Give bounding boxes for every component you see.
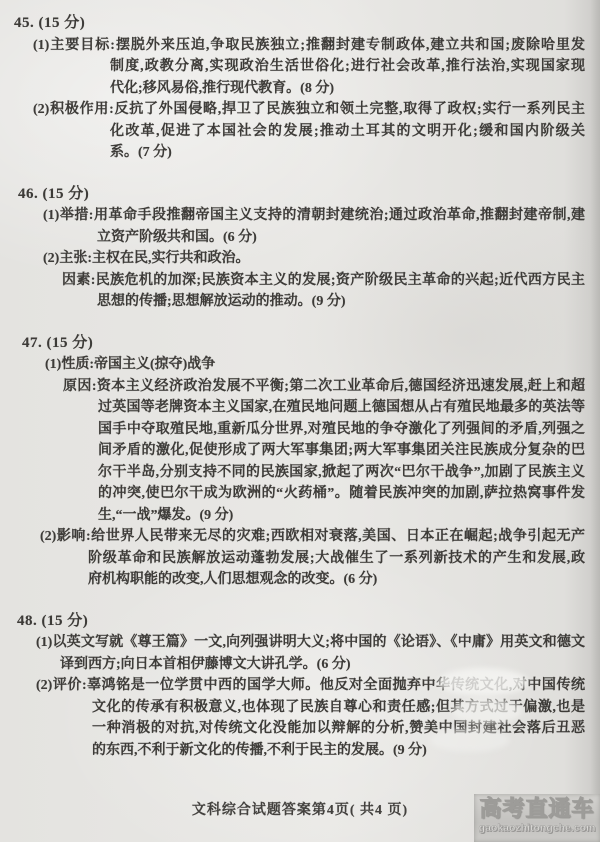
answer-line: 的东西,不利于新文化的传播,不利于民主的发展。(9 分) [0, 740, 585, 762]
answer-line: 译到西方;向日本首相伊藤博文大讲孔学。(6 分) [0, 654, 585, 676]
answer-line: 文化的传承有积极意义,也体现了民族自尊心和责任感;但其方式过于偏激,也是 [0, 697, 585, 719]
answer-line: (1)主要目标:摆脱外来压迫,争取民族独立;推翻封建专制政体,建立共和国;废除哈… [0, 35, 585, 57]
section-header: 48. (15 分) [0, 611, 585, 633]
answer-line: (2)主张:主权在民,实行共和政治。 [0, 248, 585, 270]
answer-line: 生,“一战”爆发。(9 分) [0, 505, 585, 527]
answer-line: 因素:民族危机的加深;民族资本主义的发展;资产阶级民主革命的兴起;近代西方民主 [0, 270, 585, 292]
scan-edge-shadow [590, 0, 600, 842]
answer-content: 45. (15 分)(1)主要目标:摆脱外来压迫,争取民族独立;推翻封建专制政体… [0, 13, 585, 781]
answer-line: 的冲突,使巴尔干成为欧洲的“火药桶”。随着民族冲突的加剧,萨拉热窝事件发 [0, 483, 585, 505]
watermark-stamp: 高考直通车 gaokaozhitongche.com [474, 794, 600, 842]
answer-section: 46. (15 分)(1)举措:用革命手段推翻帝国主义支持的清朝封建统治;通过政… [0, 184, 585, 313]
scanned-answer-page: 45. (15 分)(1)主要目标:摆脱外来压迫,争取民族独立;推翻封建专制政体… [0, 0, 600, 842]
answer-line: (1)性质:帝国主义(掠夺)战争 [0, 354, 585, 376]
watermark-domain: gaokaozhitongche.com [474, 822, 600, 835]
answer-line: 思想的传播;思想解放运动的推动。(9 分) [0, 291, 585, 313]
section-header: 46. (15 分) [0, 184, 585, 206]
answer-section: 45. (15 分)(1)主要目标:摆脱外来压迫,争取民族独立;推翻封建专制政体… [0, 13, 585, 164]
watermark-title: 高考直通车 [474, 796, 600, 822]
answer-line: 国手中夺取殖民地,重新瓜分世界,对殖民地的争夺激化了列强间的矛盾,列强之 [0, 419, 585, 441]
answer-line: 间矛盾的激化,促使形成了两大军事集团;两大军事集团关注民族成分复杂的巴 [0, 440, 585, 462]
answer-section: 48. (15 分)(1)以英文写就《尊王篇》一文,向列强讲明大义;将中国的《论… [0, 611, 585, 762]
answer-line: 制度,政教分离,实现政治生活世俗化;进行社会改革,推行法治,实现国家现 [0, 56, 585, 78]
answer-line: 立资产阶级共和国。(6 分) [0, 227, 585, 249]
section-header: 47. (15 分) [0, 333, 585, 355]
answer-line: 系。(7 分) [0, 142, 585, 164]
answer-line: (2)影响:给世界人民带来无尽的灾难;西欧相对衰落,美国、日本正在崛起;战争引起… [0, 526, 585, 548]
answer-line: (2)评价:辜鸿铭是一位学贯中西的国学大师。他反对全面抛弃中华传统文化,对中国传… [0, 675, 585, 697]
answer-line: 阶级革命和民族解放运动蓬勃发展;大战催生了一系列新技术的产生和发展,政 [0, 548, 585, 570]
answer-line: 代化;移风易俗,推行现代教育。(8 分) [0, 78, 585, 100]
section-header: 45. (15 分) [0, 13, 585, 35]
answer-line: 府机构职能的改变,人们思想观念的改变。(6 分) [0, 569, 585, 591]
answer-line: (1)以英文写就《尊王篇》一文,向列强讲明大义;将中国的《论语》、《中庸》用英文… [0, 632, 585, 654]
answer-line: 化改革,促进了本国社会的发展;推动土耳其的文明开化;缓和国内阶级关 [0, 121, 585, 143]
answer-line: 过英国等老牌资本主义国家,在殖民地问题上德国想从占有殖民地最多的英法等 [0, 397, 585, 419]
answer-line: (2)积极作用:反抗了外国侵略,捍卫了民族独立和领土完整,取得了政权;实行一系列… [0, 99, 585, 121]
answer-line: (1)举措:用革命手段推翻帝国主义支持的清朝封建统治;通过政治革命,推翻封建帝制… [0, 205, 585, 227]
answer-line: 原因:资本主义经济政治发展不平衡;第二次工业革命后,德国经济迅速发展,赶上和超 [0, 376, 585, 398]
answer-line: 一种消极的对抗,对传统文化没能加以辩解的分析,赞美中国封建社会落后丑恶 [0, 718, 585, 740]
answer-line: 尔干半岛,分别支持不同的民族国家,掀起了两次“巴尔干战争”,加剧了民族主义 [0, 462, 585, 484]
answer-section: 47. (15 分)(1)性质:帝国主义(掠夺)战争原因:资本主义经济政治发展不… [0, 333, 585, 591]
